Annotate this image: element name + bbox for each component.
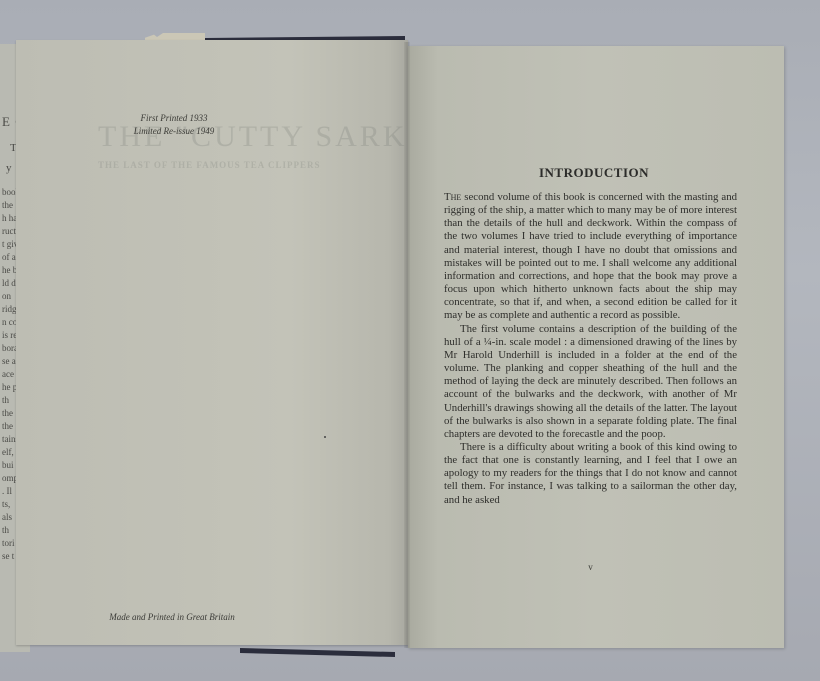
first-printed-line: First Printed 1933 [16,112,332,125]
bleed-through-subtitle: THE LAST OF THE FAMOUS TEA CLIPPERS [98,160,321,170]
underlying-text-fragment: elf, [2,446,14,458]
underlying-text-fragment: als [2,511,12,523]
underlying-text-fragment: n co [2,316,17,328]
underlying-text-fragment: is re [2,329,17,341]
underlying-text-fragment: the [2,199,13,211]
paragraph-1-text: second volume of this book is concerned … [444,191,737,321]
paper-speck [324,436,326,438]
underlying-text-fragment: the [2,420,13,432]
paragraph-2: The first volume contains a description … [444,323,737,441]
underlying-text-fragment: on [2,290,11,302]
left-page-imprint: THE "CUTTY SARK" THE LAST OF THE FAMOUS … [16,40,408,645]
underlying-text-fragment: h ha [2,212,17,224]
imprint-dates: First Printed 1933 Limited Re-issue 1949 [16,112,332,138]
underlying-text-fragment: th [2,394,9,406]
drop-word: The [444,191,461,203]
underlying-text-fragment: tori [2,537,15,549]
open-book-photo: E CU THI y ( bool the h ha ructi t giv o… [0,0,820,681]
underlying-text-fragment: ridg [2,303,17,315]
made-in-line: Made and Printed in Great Britain [16,612,328,622]
reissue-line: Limited Re-issue 1949 [16,125,332,138]
underlying-text-fragment: bui [2,459,14,471]
introduction-body: The second volume of this book is concer… [444,191,737,507]
underlying-text-fragment: se a [2,355,16,367]
underlying-text-fragment: se t [2,550,14,562]
paragraph-1: The second volume of this book is concer… [444,191,737,323]
underlying-text-fragment: he p [2,381,17,393]
right-page-introduction: INTRODUCTION The second volume of this b… [408,46,784,648]
cover-board-bottom-edge [240,648,395,657]
page-title: INTRODUCTION [444,165,744,181]
page-number: v [444,562,737,572]
book-gutter [404,42,410,648]
underlying-text-fragment: . Il [2,485,12,497]
underlying-text-fragment: ts, [2,498,10,510]
underlying-text-fragment: the [2,407,13,419]
paragraph-3: There is a difficulty about writing a bo… [444,441,737,507]
underlying-text-fragment: th [2,524,9,536]
